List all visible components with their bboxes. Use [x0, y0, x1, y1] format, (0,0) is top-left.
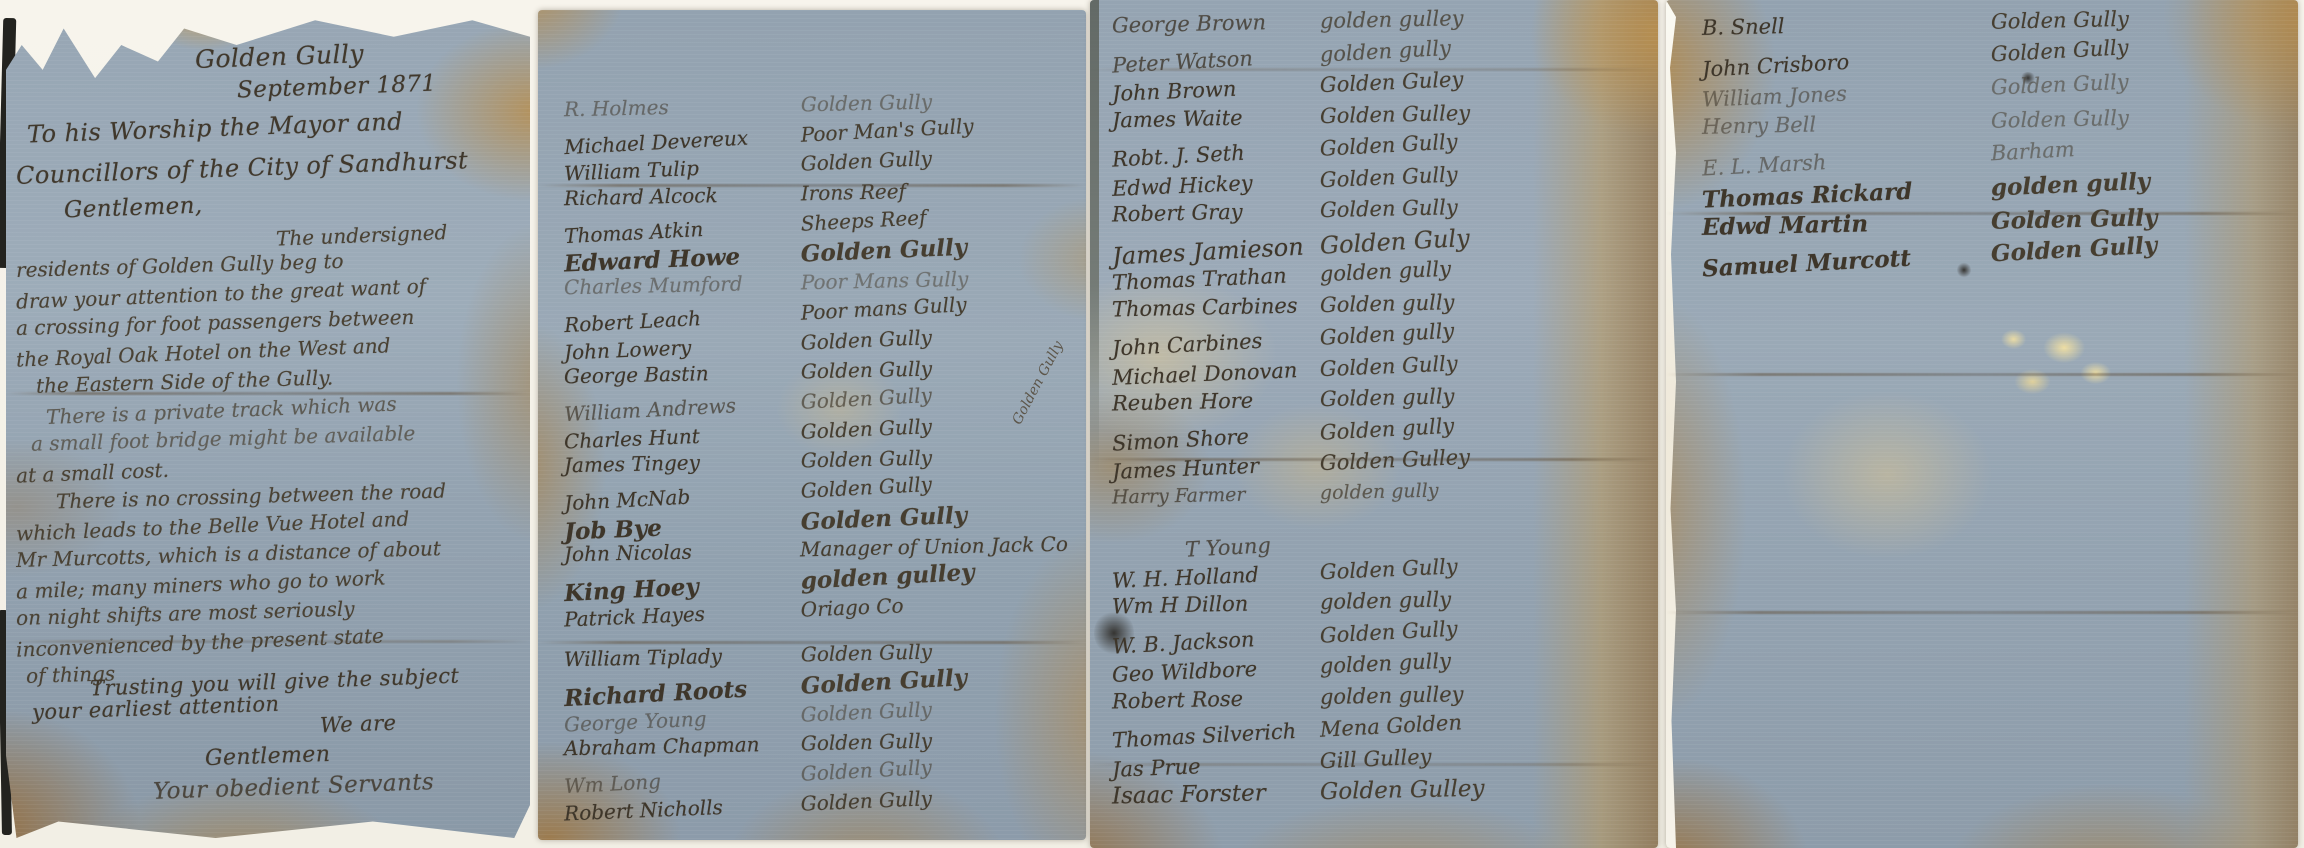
signer-name: Samuel Murcott [1702, 240, 1992, 282]
signer-name: Thomas Carbines [1112, 293, 1320, 321]
fold-crease [1666, 611, 2298, 614]
signer-residence: Golden Gully [1991, 4, 2258, 34]
letter-salutation-line: To his Worship the Mayor and [27, 107, 404, 148]
signature-page: R. HolmesGolden GullyMichael DevereuxPoo… [538, 10, 1086, 840]
signer-name: George Bastin [564, 360, 801, 389]
signer-name: Richard Alcock [564, 181, 801, 210]
letter-closing-gentlemen: Gentlemen [205, 742, 331, 771]
signer-name: John Nicolas [564, 538, 800, 567]
signature-list: R. HolmesGolden GullyMichael DevereuxPoo… [564, 92, 1068, 821]
letter-place-line: Golden Gully [194, 39, 364, 74]
signer-residence [1364, 533, 1632, 547]
signer-residence: Golden Gulley [1320, 773, 1632, 806]
letter-date-line: September 1871 [236, 71, 436, 104]
signer-name: W. H. Holland [1112, 560, 1321, 593]
letter-closing-we-are: We are [320, 711, 397, 738]
letter-closing-line: your earliest attention [32, 692, 280, 725]
signer-name: Thomas Silverich [1112, 718, 1321, 753]
signer-name: George Brown [1112, 9, 1320, 37]
signature-page: B. SnellGolden GullyJohn CrisboroGolden … [1666, 0, 2298, 848]
signer-name: R. Holmes [564, 92, 801, 121]
signer-name: Peter Watson [1112, 42, 1321, 77]
signer-name: James Waite [1112, 104, 1320, 132]
signer-name: William Tiplady [564, 643, 801, 672]
signature-list: George Browngolden gulleyPeter Watsongol… [1112, 8, 1632, 810]
signer-name: T Young [1184, 528, 1364, 561]
signer-name: Edwd Martin [1702, 208, 1992, 241]
letter-page: Golden Gully September 1871 To his Worsh… [6, 12, 530, 838]
signer-name: Charles Mumford [564, 270, 801, 299]
letter-body: The undersignedresidents of Golden Gully… [16, 220, 516, 684]
letter-greeting: Gentlemen, [63, 193, 202, 224]
fold-crease [1666, 373, 2298, 376]
signer-residence: Golden Gully [1991, 103, 2258, 133]
signer-name: Robert Gray [1112, 198, 1320, 226]
signer-name: Harry Farmer [1112, 482, 1320, 508]
signer-name: W. B. Jackson [1112, 623, 1321, 658]
torn-edge-shadow [1090, 0, 1099, 475]
signer-name: John Crisboro [1702, 42, 1992, 81]
letter-closing-signature: Your obedient Servants [152, 769, 434, 805]
signer-name: Henry Bell [1702, 109, 1992, 139]
signature-page: George Browngolden gulleyPeter Watsongol… [1090, 0, 1658, 848]
petition-document-scan: Golden Gully September 1871 To his Worsh… [0, 0, 2304, 848]
signer-name: E. L. Marsh [1702, 141, 1992, 180]
letter-salutation-line: Councillors of the City of Sandhurst [16, 146, 469, 190]
signer-name: Robt. J. Seth [1112, 137, 1321, 172]
signer-name: Abraham Chapman [564, 732, 801, 761]
signer-name: Isaac Forster [1112, 779, 1320, 809]
signer-name: John Carbines [1112, 326, 1321, 361]
signer-name: Wm H Dillon [1112, 590, 1320, 618]
signature-list: B. SnellGolden GullyJohn CrisboroGolden … [1702, 10, 2258, 274]
signer-name: James Tingey [564, 449, 801, 478]
signer-name: B. Snell [1702, 10, 1992, 40]
torn-edge [1666, 0, 1676, 848]
signer-name: Reuben Hore [1112, 387, 1320, 415]
signer-name: Robert Rose [1112, 685, 1320, 713]
signer-name: Simon Shore [1112, 420, 1321, 455]
